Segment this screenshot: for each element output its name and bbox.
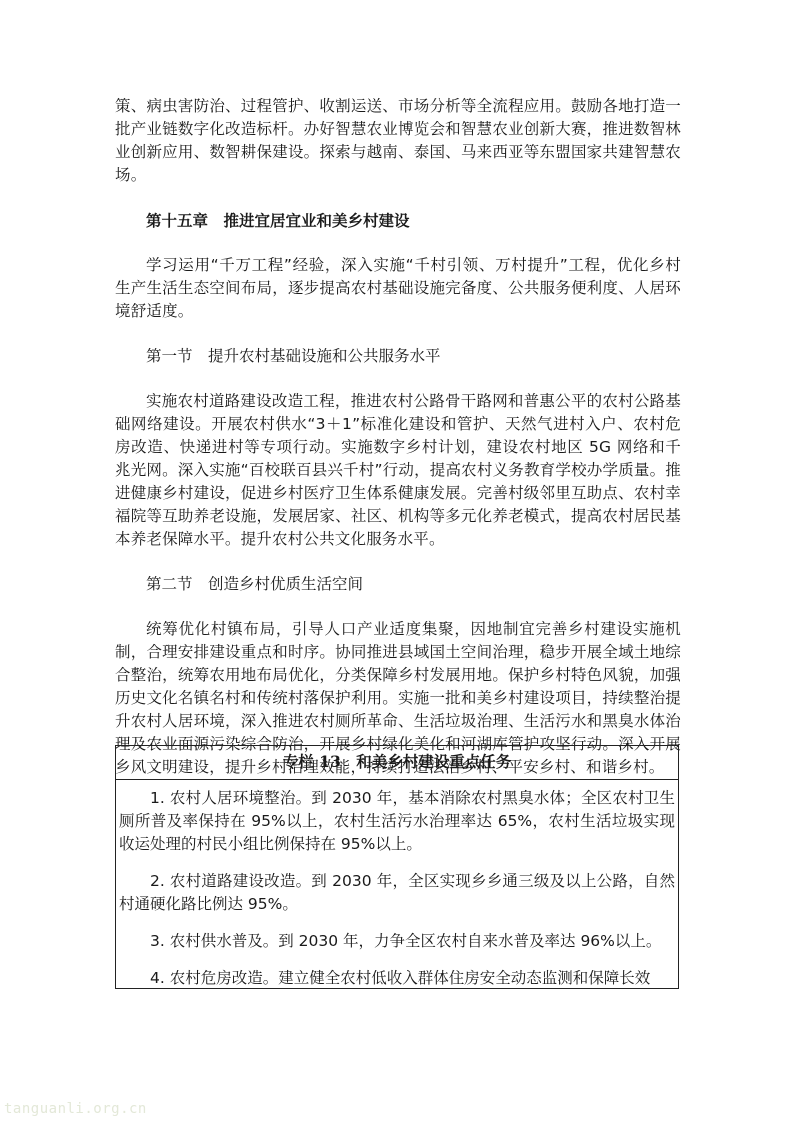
document-page: 策、病虫害防治、过程管护、收割运送、市场分析等全流程应用。鼓励各地打造一批产业链…	[115, 95, 681, 779]
watermark: tanguanli.org.cn	[4, 1101, 147, 1117]
box-item-3: 3. 农村供水普及。到 2030 年，力争全区农村自来水普及率达 96%以上。	[119, 930, 675, 953]
section-title-1: 第一节 提升农村基础设施和公共服务水平	[115, 345, 681, 368]
box-item-2: 2. 农村道路建设改造。到 2030 年，全区实现乡乡通三级及以上公路，自然村通…	[119, 870, 675, 916]
section-body-1: 实施农村道路建设改造工程，推进农村公路骨干路网和普惠公平的农村公路基础网络建设。…	[115, 390, 681, 551]
box-body: 1. 农村人居环境整治。到 2030 年，基本消除农村黑臭水体；全区农村卫生厕所…	[116, 780, 678, 990]
chapter-title: 第十五章 推进宜居宜业和美乡村建设	[115, 209, 681, 232]
section-title-2: 第二节 创造乡村优质生活空间	[115, 573, 681, 596]
special-column-box: 专栏 13 和美乡村建设重点任务 1. 农村人居环境整治。到 2030 年，基本…	[115, 745, 679, 989]
chapter-intro: 学习运用“千万工程”经验，深入实施“千村引领、万村提升”工程，优化乡村生产生活生…	[115, 254, 681, 323]
box-title: 专栏 13 和美乡村建设重点任务	[116, 746, 678, 780]
continuation-paragraph: 策、病虫害防治、过程管护、收割运送、市场分析等全流程应用。鼓励各地打造一批产业链…	[115, 95, 681, 187]
box-item-4: 4. 农村危房改造。建立健全农村低收入群体住房安全动态监测和保障长效	[119, 967, 675, 990]
box-item-1: 1. 农村人居环境整治。到 2030 年，基本消除农村黑臭水体；全区农村卫生厕所…	[119, 787, 675, 856]
